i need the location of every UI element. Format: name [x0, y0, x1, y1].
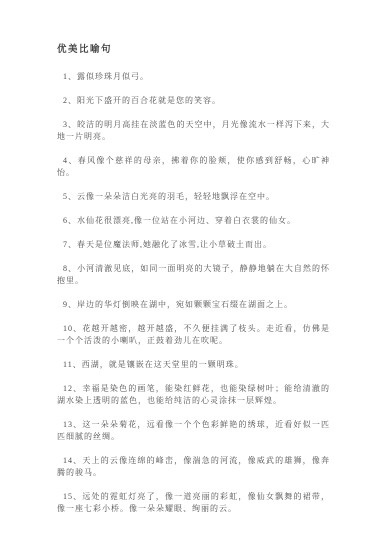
list-item: 6、水仙花很漂亮,像一位站在小河边、穿着白衣裳的仙女。 — [57, 215, 330, 227]
page-title: 优美比喻句 — [57, 44, 330, 56]
document-content: 优美比喻句 1、露似珍珠月似弓。 2、阳光下盛开的百合花就是您的笑容。 3、皎洁… — [57, 44, 330, 527]
list-item: 4、春风像个慈祥的母亲，拂着你的脸颊，使你感到舒畅，心旷神怡。 — [57, 155, 330, 179]
list-item: 7、春天是位魔法师,她融化了冰雪,让小草破土而出。 — [57, 239, 330, 251]
list-item: 1、露似珍珠月似弓。 — [57, 71, 330, 83]
list-item: 8、小河清澈见底，如同一面明亮的大镜子，静静地躺在大自然的怀抱里。 — [57, 263, 330, 287]
list-item: 5、云像一朵朵洁白光亮的羽毛，轻轻地飘浮在空中。 — [57, 191, 330, 203]
list-item: 9、岸边的华灯倒映在湖中，宛如颗颗宝石缀在湖面之上。 — [57, 299, 330, 311]
document-page: 优美比喻句 1、露似珍珠月似弓。 2、阳光下盛开的百合花就是您的笑容。 3、皎洁… — [0, 0, 382, 540]
list-item: 3、皎洁的明月高挂在淡蓝色的天空中，月光像流水一样泻下来，大地一片明亮。 — [57, 119, 330, 143]
list-item: 15、远处的霓虹灯亮了，像一道亮丽的彩虹，像仙女飘舞的裙带，像一座七彩小桥。像一… — [57, 491, 330, 515]
list-item: 2、阳光下盛开的百合花就是您的笑容。 — [57, 95, 330, 107]
list-item: 10、花越开越密，越开越盛，不久便挂满了枝头。走近看，仿佛是一个个活泼的小喇叭，… — [57, 323, 330, 347]
list-item: 11、西湖，就是镶嵌在这天堂里的一颗明珠。 — [57, 359, 330, 371]
list-item: 13、这一朵朵菊花，远看像一个个色彩鲜艳的绣球，近看好似一匹匹细腻的丝绸。 — [57, 419, 330, 443]
list-item: 14、天上的云像连绵的峰峦，像湍急的河流，像威武的雄狮，像奔腾的骏马。 — [57, 455, 330, 479]
list-item: 12、幸福是染色的画笔，能染红鲜花，也能染绿树叶；能给清澈的湖水染上透明的蓝色，… — [57, 383, 330, 407]
